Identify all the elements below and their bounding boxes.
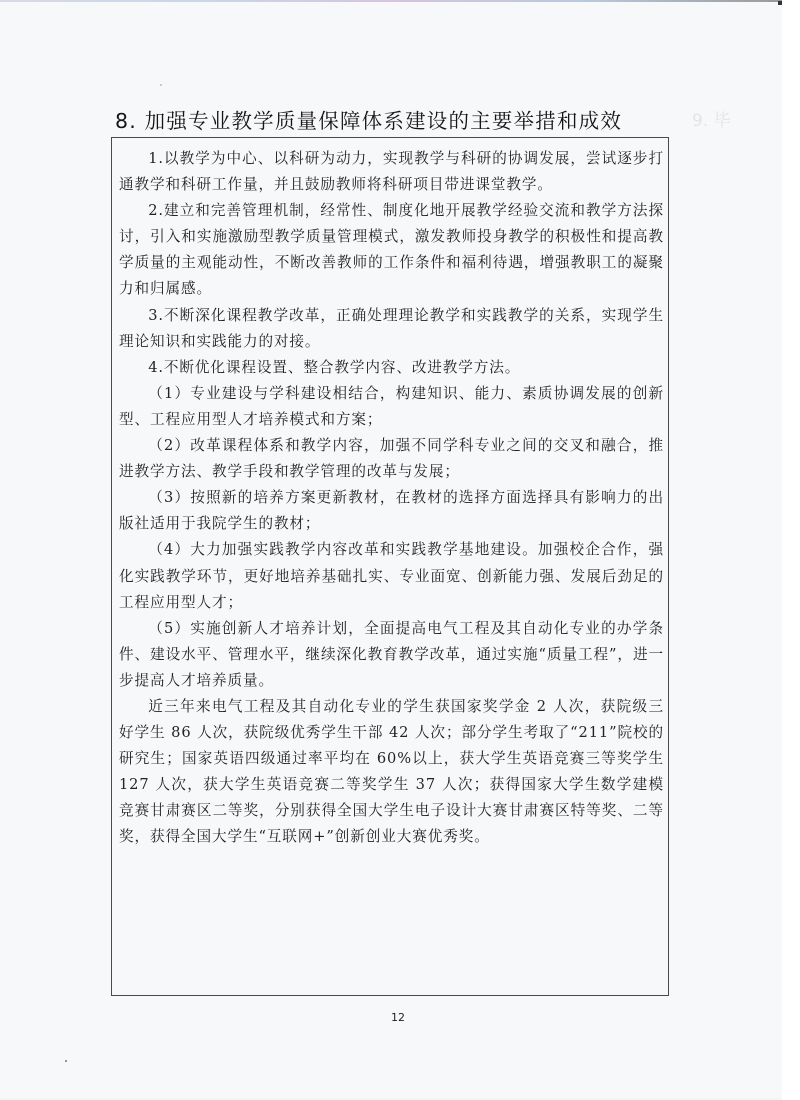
paragraph-4-2: （2）改革课程体系和教学内容，加强不同学科专业之间的交叉和融合，推进教学方法、教… <box>119 433 664 485</box>
paragraph-4: 4.不断优化课程设置、整合教学内容、改进教学方法。 <box>119 355 664 381</box>
paragraph-2: 2.建立和完善管理机制，经常性、制度化地开展教学经验交流和教学方法探讨，引入和实… <box>119 198 664 302</box>
page-number: 12 <box>391 1011 405 1024</box>
paragraph-4-1: （1）专业建设与学科建设相结合，构建知识、能力、素质协调发展的创新型、工程应用型… <box>119 381 664 433</box>
scan-top-edge <box>0 0 782 2</box>
scan-right-edge <box>782 0 800 1100</box>
paragraph-4-5: （5）实施创新人才培养计划，全面提高电气工程及其自动化专业的办学条件、建设水平、… <box>119 616 664 694</box>
document-page: 8. 加强专业教学质量保障体系建设的主要举措和成效 9. 毕 1.以教学为中心、… <box>0 2 782 1098</box>
content-box: 1.以教学为中心、以科研为动力，实现教学与科研的协调发展，尝试逐步打通教学和科研… <box>111 137 669 996</box>
section-title: 8. 加强专业教学质量保障体系建设的主要举措和成效 <box>115 104 622 134</box>
scan-speck <box>160 84 162 86</box>
content-body: 1.以教学为中心、以科研为动力，实现教学与科研的协调发展，尝试逐步打通教学和科研… <box>119 146 664 851</box>
paragraph-4-3: （3）按照新的培养方案更新教材，在教材的选择方面选择具有影响力的出版社适用于我院… <box>119 485 664 537</box>
paragraph-1: 1.以教学为中心、以科研为动力，实现教学与科研的协调发展，尝试逐步打通教学和科研… <box>119 146 664 198</box>
paragraph-achievements: 近三年来电气工程及其自动化专业的学生获国家奖学金 2 人次，获院级三好学生 86… <box>119 694 664 851</box>
bleed-through-text: 9. 毕 <box>692 106 731 131</box>
paragraph-4-4: （4）大力加强实践教学内容改革和实践教学基地建设。加强校企合作，强化实践教学环节… <box>119 537 664 615</box>
paragraph-3: 3.不断深化课程教学改革，正确处理理论教学和实践教学的关系，实现学生理论知识和实… <box>119 303 664 355</box>
scan-speck <box>65 1060 67 1062</box>
